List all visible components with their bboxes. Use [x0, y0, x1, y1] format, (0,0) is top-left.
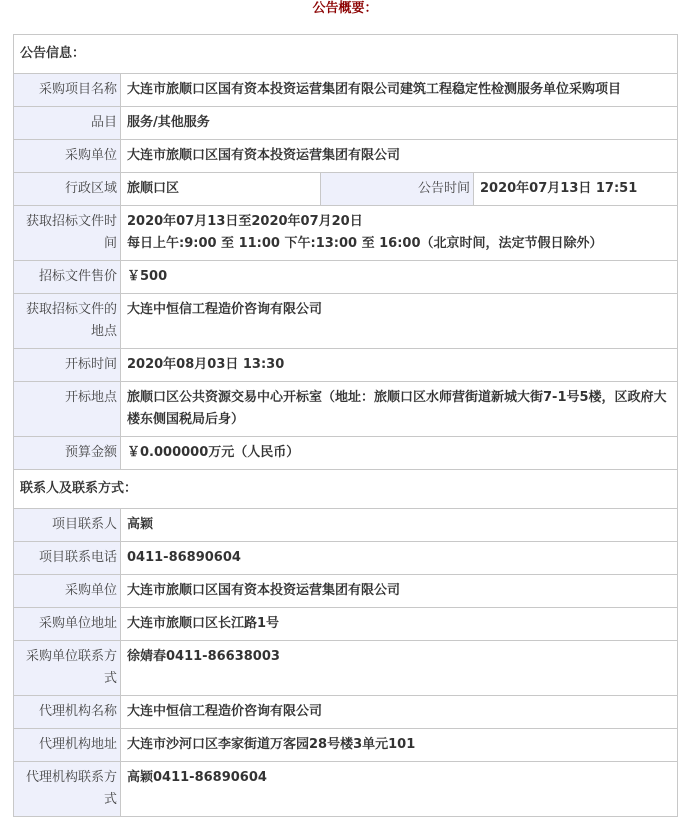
document-acquisition-time-value: 2020年07月13日至2020年07月20日 每日上午:9:00 至 11:0…: [121, 206, 678, 261]
section-row-announcement-info: 公告信息：: [14, 35, 678, 74]
page-title: 公告概要：: [0, 0, 690, 18]
field-label: 招标文件售价: [14, 261, 121, 294]
table-row: 开标时间 2020年08月03日 13:30: [14, 349, 678, 382]
document-price-value: ￥500: [121, 261, 678, 294]
table-row: 代理机构名称 大连中恒信工程造价咨询有限公司: [14, 696, 678, 729]
bid-opening-time-value: 2020年08月03日 13:30: [121, 349, 678, 382]
date-range: 2020年07月13日至2020年07月20日: [127, 211, 673, 233]
field-label: 获取招标文件的地点: [14, 294, 121, 349]
field-label: 采购单位地址: [14, 608, 121, 641]
purchaser-value: 大连市旅顺口区国有资本投资运营集团有限公司: [121, 140, 678, 173]
table-row: 代理机构联系方式 高颖0411-86890604: [14, 762, 678, 817]
section-heading: 联系人及联系方式：: [14, 470, 678, 509]
field-label: 采购单位联系方式: [14, 641, 121, 696]
purchaser-value: 大连市旅顺口区国有资本投资运营集团有限公司: [121, 575, 678, 608]
project-contact-value: 高颖: [121, 509, 678, 542]
agency-address-value: 大连市沙河口区李家街道万客园28号楼3单元101: [121, 729, 678, 762]
field-label: 开标地点: [14, 382, 121, 437]
agency-name-value: 大连中恒信工程造价咨询有限公司: [121, 696, 678, 729]
document-location-value: 大连中恒信工程造价咨询有限公司: [121, 294, 678, 349]
section-row-contact-info: 联系人及联系方式：: [14, 470, 678, 509]
table-row: 招标文件售价 ￥500: [14, 261, 678, 294]
table-row: 代理机构地址 大连市沙河口区李家街道万客园28号楼3单元101: [14, 729, 678, 762]
purchaser-address-value: 大连市旅顺口区长江路1号: [121, 608, 678, 641]
project-name-value: 大连市旅顺口区国有资本投资运营集团有限公司建筑工程稳定性检测服务单位采购项目: [121, 74, 678, 107]
agency-contact-value: 高颖0411-86890604: [121, 762, 678, 817]
table-row: 获取招标文件时间 2020年07月13日至2020年07月20日 每日上午:9:…: [14, 206, 678, 261]
table-row: 采购单位联系方式 徐婧春0411-86638003: [14, 641, 678, 696]
table-row: 采购单位地址 大连市旅顺口区长江路1号: [14, 608, 678, 641]
table-row: 预算金额 ￥0.000000万元（人民币）: [14, 437, 678, 470]
region-value: 旅顺口区: [121, 173, 321, 206]
budget-amount-value: ￥0.000000万元（人民币）: [121, 437, 678, 470]
field-label: 项目联系人: [14, 509, 121, 542]
daily-hours: 每日上午:9:00 至 11:00 下午:13:00 至 16:00（北京时间，…: [127, 233, 673, 255]
field-label: 品目: [14, 107, 121, 140]
purchaser-contact-value: 徐婧春0411-86638003: [121, 641, 678, 696]
field-label: 采购单位: [14, 140, 121, 173]
bid-opening-location-value: 旅顺口区公共资源交易中心开标室（地址：旅顺口区水师营街道新城大街7-1号5楼，区…: [121, 382, 678, 437]
table-row: 项目联系人 高颖: [14, 509, 678, 542]
table-row: 品目 服务/其他服务: [14, 107, 678, 140]
table-row: 采购单位 大连市旅顺口区国有资本投资运营集团有限公司: [14, 575, 678, 608]
field-label: 代理机构联系方式: [14, 762, 121, 817]
table-row: 开标地点 旅顺口区公共资源交易中心开标室（地址：旅顺口区水师营街道新城大街7-1…: [14, 382, 678, 437]
project-phone-value: 0411-86890604: [121, 542, 678, 575]
announcement-summary-table: 公告信息： 采购项目名称 大连市旅顺口区国有资本投资运营集团有限公司建筑工程稳定…: [13, 34, 678, 817]
table-row: 采购单位 大连市旅顺口区国有资本投资运营集团有限公司: [14, 140, 678, 173]
field-label: 开标时间: [14, 349, 121, 382]
field-label: 预算金额: [14, 437, 121, 470]
field-label: 公告时间: [321, 173, 474, 206]
field-label: 项目联系电话: [14, 542, 121, 575]
field-label: 采购单位: [14, 575, 121, 608]
field-label: 行政区域: [14, 173, 121, 206]
field-label: 代理机构地址: [14, 729, 121, 762]
category-value: 服务/其他服务: [121, 107, 678, 140]
table-row: 采购项目名称 大连市旅顺口区国有资本投资运营集团有限公司建筑工程稳定性检测服务单…: [14, 74, 678, 107]
field-label: 采购项目名称: [14, 74, 121, 107]
table-row: 项目联系电话 0411-86890604: [14, 542, 678, 575]
table-row: 获取招标文件的地点 大连中恒信工程造价咨询有限公司: [14, 294, 678, 349]
announcement-time-value: 2020年07月13日 17:51: [474, 173, 678, 206]
field-label: 获取招标文件时间: [14, 206, 121, 261]
table-row: 行政区域 旅顺口区 公告时间 2020年07月13日 17:51: [14, 173, 678, 206]
section-heading: 公告信息：: [14, 35, 678, 74]
field-label: 代理机构名称: [14, 696, 121, 729]
